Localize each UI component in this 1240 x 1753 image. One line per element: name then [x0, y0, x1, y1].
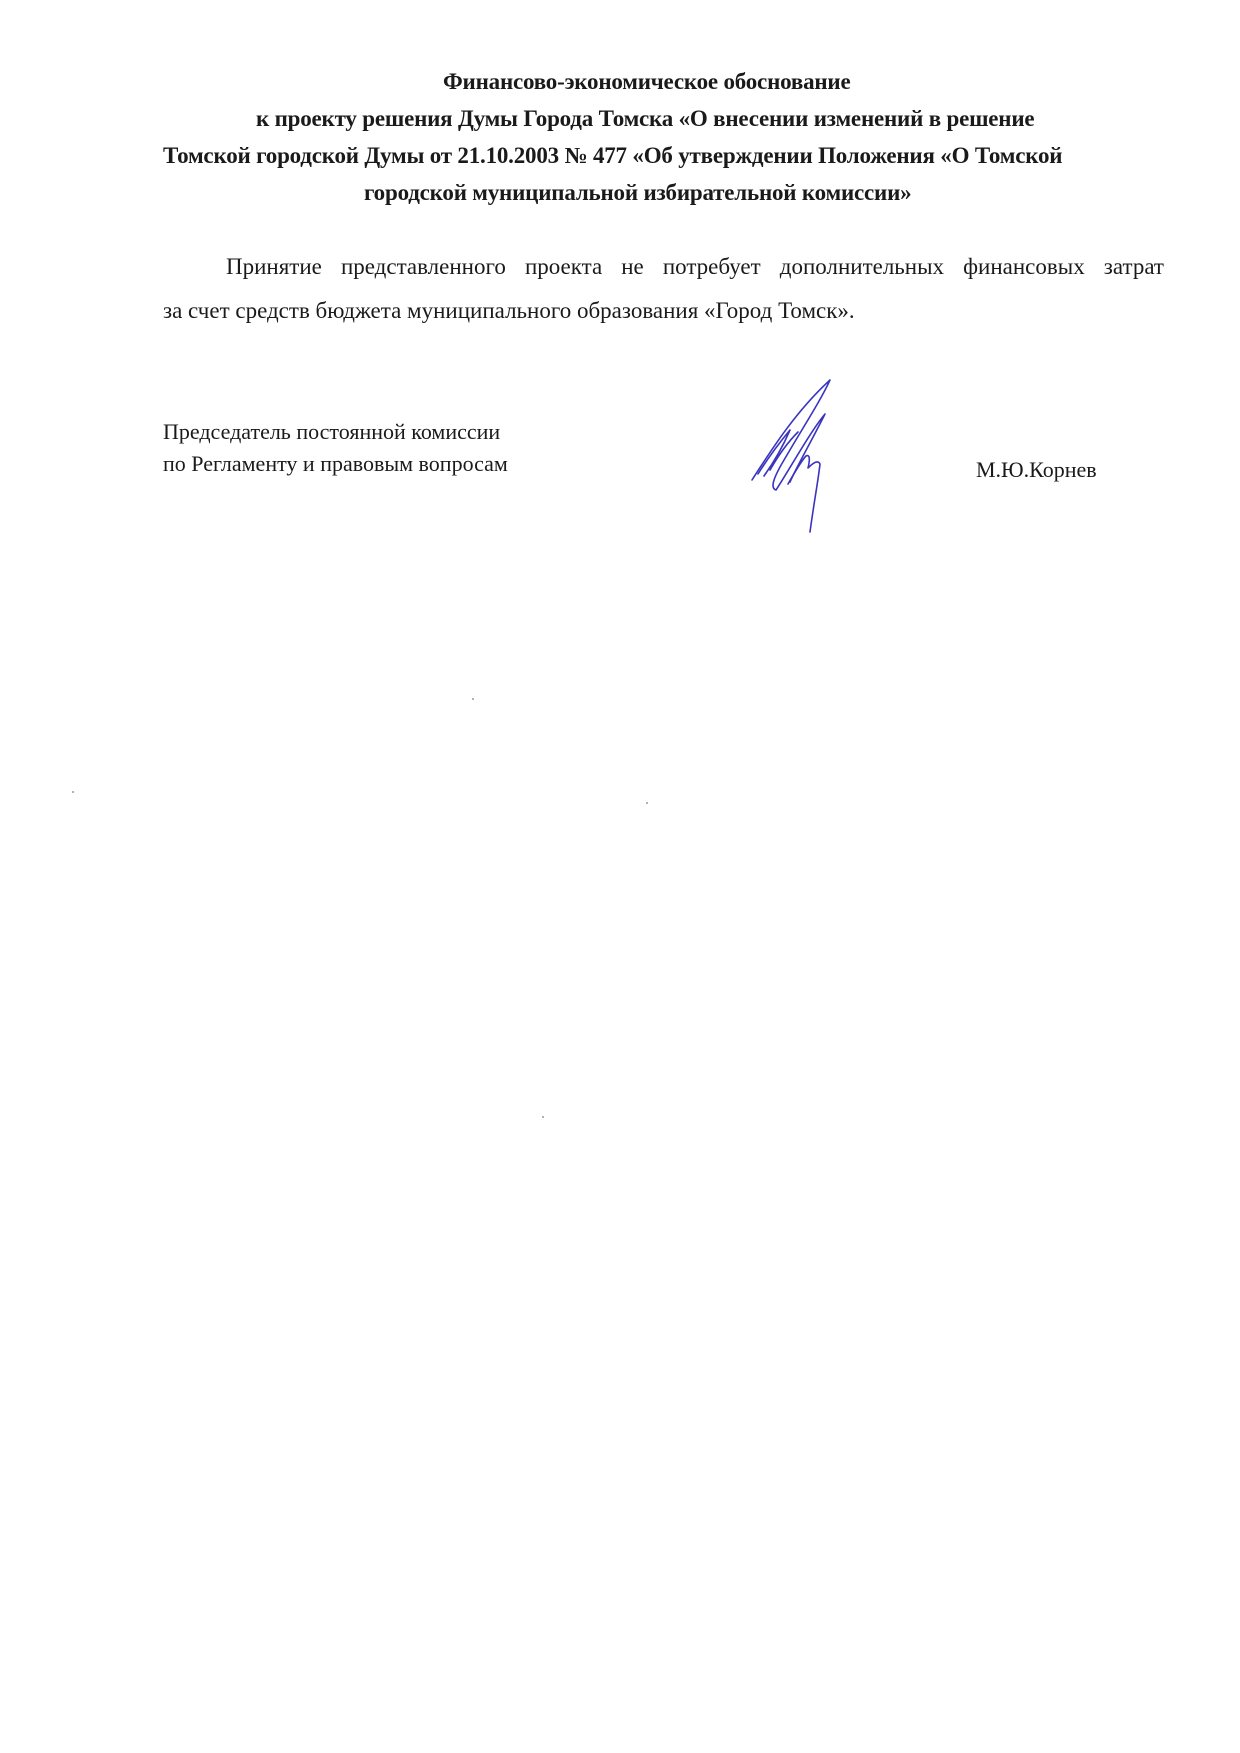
scan-speck: [72, 791, 74, 793]
scan-speck: [472, 698, 474, 700]
document-title-line-2: к проекту решения Думы Города Томска «О …: [256, 104, 1034, 134]
signatory-position-line-2: по Регламенту и правовым вопросам: [163, 450, 508, 478]
document-title-line-4: городской муниципальной избирательной ко…: [364, 178, 911, 208]
handwritten-signature-icon: [740, 372, 850, 537]
signatory-name: М.Ю.Корнев: [976, 456, 1097, 484]
document-title-line-3: Томской городской Думы от 21.10.2003 № 4…: [163, 141, 1062, 171]
scan-speck: [646, 802, 648, 804]
document-title-line-1: Финансово-экономическое обоснование: [443, 67, 850, 97]
body-paragraph-line-1: Принятие представленного проекта не потр…: [226, 252, 1164, 282]
document-page: Финансово-экономическое обоснование к пр…: [0, 0, 1240, 1753]
signatory-position-line-1: Председатель постоянной комиссии: [163, 418, 500, 446]
body-paragraph-line-2: за счет средств бюджета муниципального о…: [163, 296, 855, 326]
scan-speck: [542, 1116, 544, 1118]
